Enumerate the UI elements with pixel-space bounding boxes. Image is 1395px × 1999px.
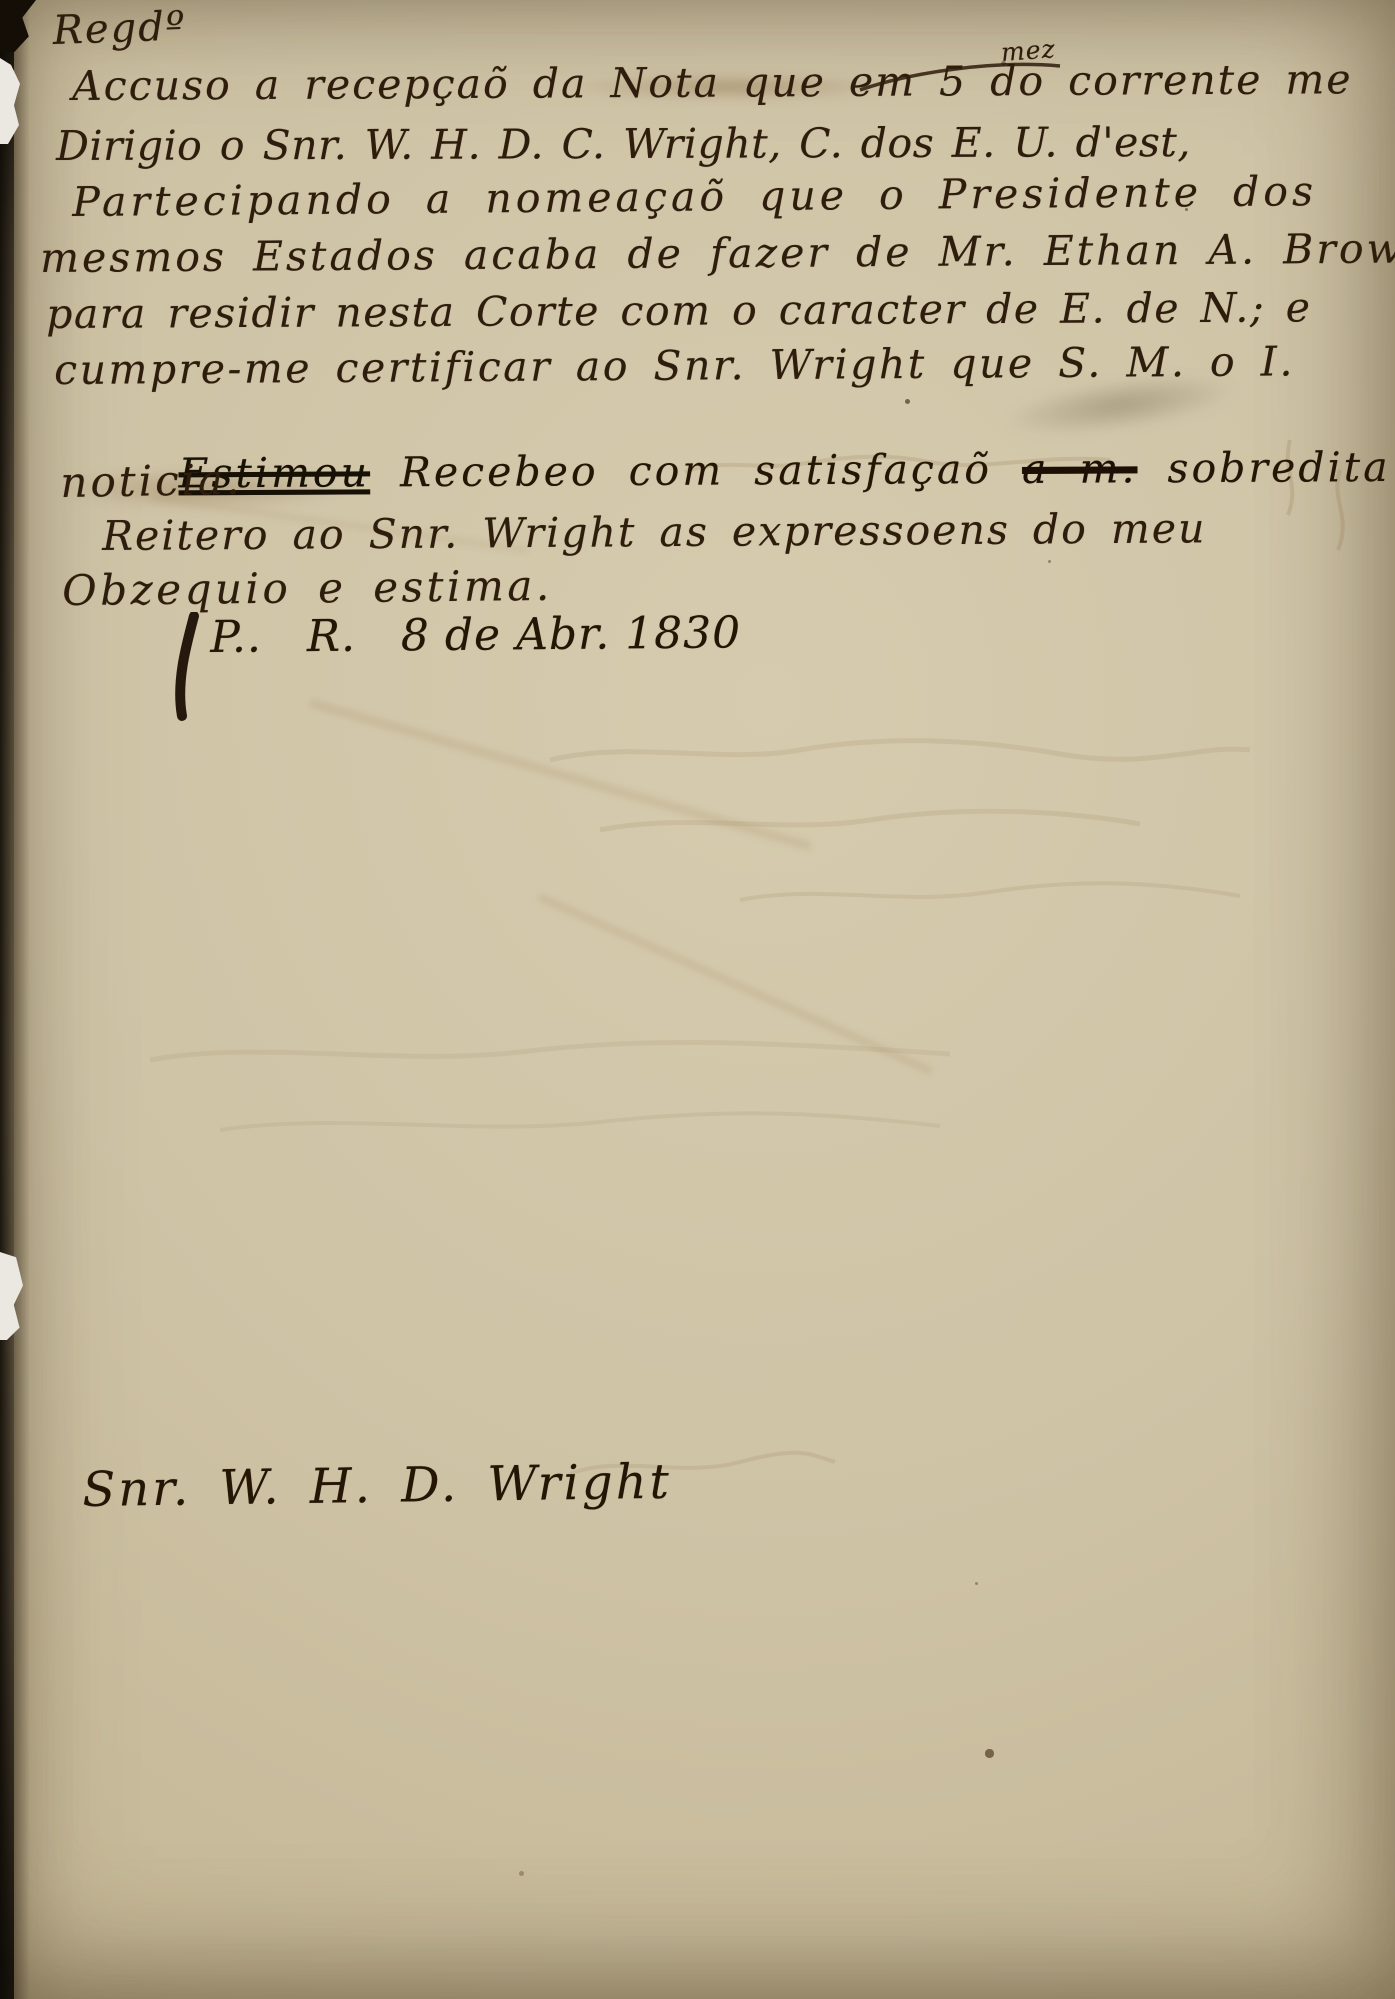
struck-out-word: a m. xyxy=(1022,444,1138,493)
letter-line-8: noticia. xyxy=(60,455,243,507)
letter-line-9: Reitero ao Snr. Wright as expressoens do… xyxy=(102,504,1207,560)
letter-line-6: cumpre-me certificar ao Snr. Wright que … xyxy=(54,337,1295,394)
letter-line-7-text: Recebeo com satisfaçaõ xyxy=(370,445,1022,496)
manuscript-scan: Regdº mez Accuso a recepçaõ da Nota que … xyxy=(0,0,1395,1999)
addressee-line: Snr. W. H. D. Wright xyxy=(82,1454,672,1518)
letter-line-5: para residir nesta Corte com o caracter … xyxy=(46,283,1312,338)
letter-line-1: Accuso a recepçaõ da Nota que em 5 do co… xyxy=(72,55,1353,110)
letter-line-7-end: sobredita xyxy=(1137,443,1390,492)
letter-line-2: Dirigio o Snr. W. H. D. C. Wright, C. do… xyxy=(56,118,1191,170)
date-line: P.. R. 8 de Abr. 1830 xyxy=(210,607,741,663)
letter-line-10: Obzequio e estima. xyxy=(62,561,553,615)
letter-line-4: mesmos Estados acaba de fazer de Mr. Eth… xyxy=(40,224,1395,282)
registry-mark: Regdº xyxy=(52,3,187,54)
torn-left-edge-shadow xyxy=(0,0,14,1999)
